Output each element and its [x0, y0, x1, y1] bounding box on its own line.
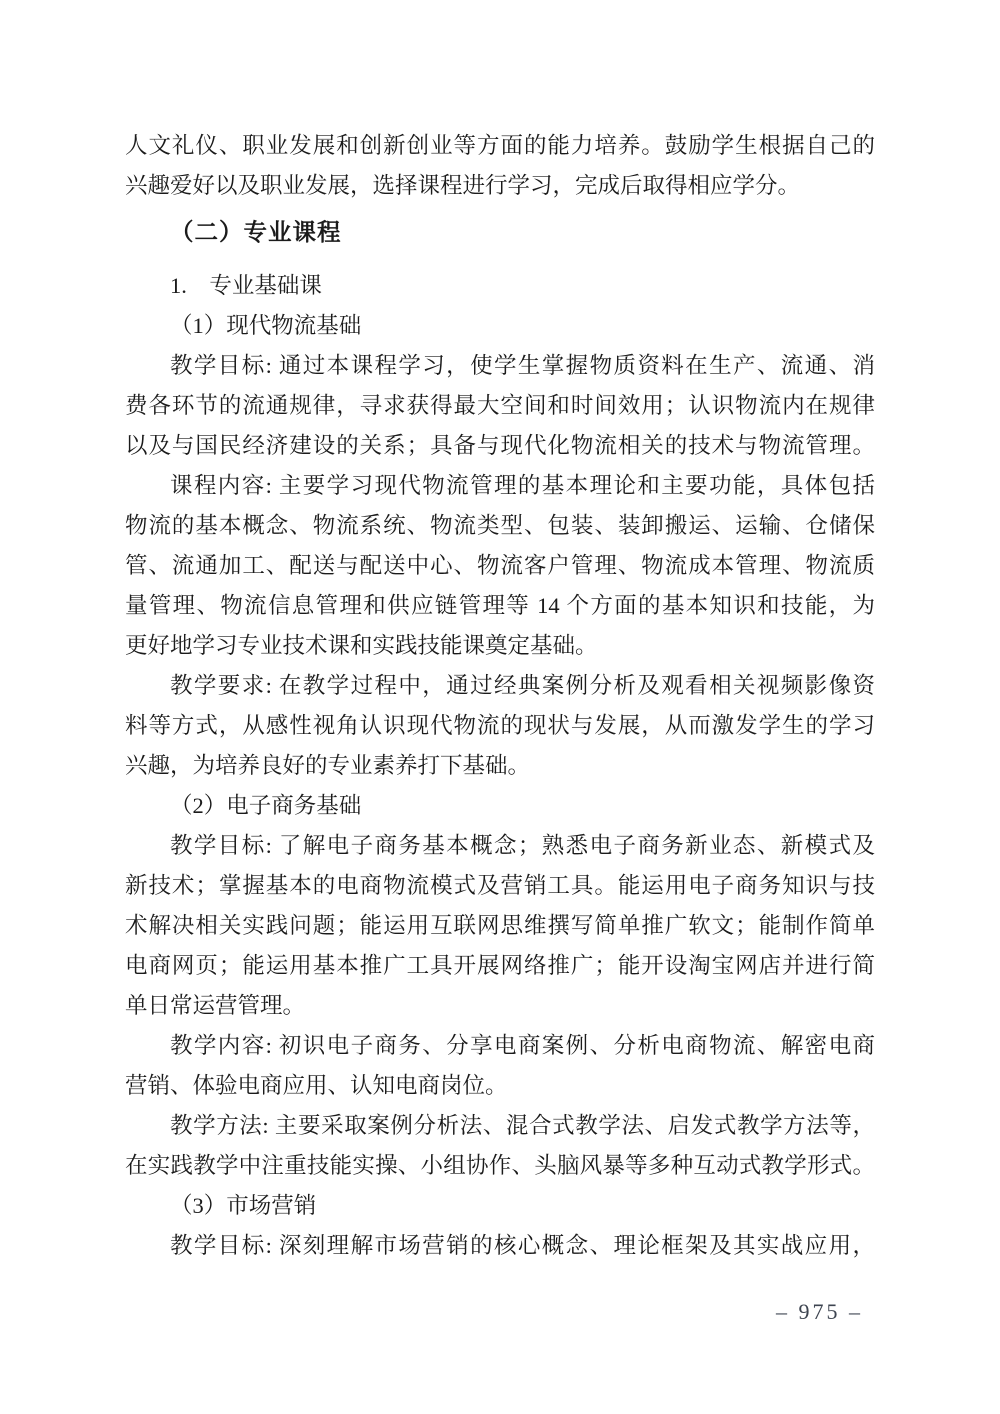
text-line: 1. 专业基础课 [125, 266, 875, 306]
text-line: 人文礼仪、职业发展和创新创业等方面的能力培养。鼓励学生根据自己的 [125, 126, 875, 166]
text-line: 术解决相关实践问题；能运用互联网思维撰写简单推广软文；能制作简单 [125, 906, 875, 946]
text-line: 教学方法: 主要采取案例分析法、混合式教学法、启发式教学方法等， [125, 1106, 875, 1146]
page-body: 人文礼仪、职业发展和创新创业等方面的能力培养。鼓励学生根据自己的兴趣爱好以及职业… [125, 126, 875, 1266]
section-heading: （二）专业课程 [125, 212, 875, 252]
text-line: （3）市场营销 [125, 1186, 875, 1226]
text-line: 费各环节的流通规律，寻求获得最大空间和时间效用；认识物流内在规律 [125, 386, 875, 426]
text-line: 单日常运营管理。 [125, 986, 875, 1026]
text-line: 兴趣，为培养良好的专业素养打下基础。 [125, 746, 875, 786]
text-line: （1）现代物流基础 [125, 306, 875, 346]
text-line: 教学目标: 了解电子商务基本概念；熟悉电子商务新业态、新模式及 [125, 826, 875, 866]
document-page: 人文礼仪、职业发展和创新创业等方面的能力培养。鼓励学生根据自己的兴趣爱好以及职业… [0, 0, 1000, 1414]
text-line: 电商网页；能运用基本推广工具开展网络推广；能开设淘宝网店并进行简 [125, 946, 875, 986]
text-line: 教学要求: 在教学过程中，通过经典案例分析及观看相关视频影像资 [125, 666, 875, 706]
text-line: 料等方式，从感性视角认识现代物流的现状与发展，从而激发学生的学习 [125, 706, 875, 746]
text-line: 以及与国民经济建设的关系；具备与现代化物流相关的技术与物流管理。 [125, 426, 875, 466]
text-line: 物流的基本概念、物流系统、物流类型、包装、装卸搬运、运输、仓储保 [125, 506, 875, 546]
text-line: 教学目标: 通过本课程学习，使学生掌握物质资料在生产、流通、消 [125, 346, 875, 386]
text-line: 营销、体验电商应用、认知电商岗位。 [125, 1066, 875, 1106]
text-line: 兴趣爱好以及职业发展，选择课程进行学习，完成后取得相应学分。 [125, 166, 875, 206]
text-line: （2）电子商务基础 [125, 786, 875, 826]
text-line: 量管理、物流信息管理和供应链管理等 14 个方面的基本知识和技能，为 [125, 586, 875, 626]
text-line: 教学目标: 深刻理解市场营销的核心概念、理论框架及其实战应用， [125, 1226, 875, 1266]
text-line: 管、流通加工、配送与配送中心、物流客户管理、物流成本管理、物流质 [125, 546, 875, 586]
text-line: 课程内容: 主要学习现代物流管理的基本理论和主要功能，具体包括 [125, 466, 875, 506]
page-number: – 975 – [776, 1297, 863, 1327]
text-line: 新技术；掌握基本的电商物流模式及营销工具。能运用电子商务知识与技 [125, 866, 875, 906]
text-line: 教学内容: 初识电子商务、分享电商案例、分析电商物流、解密电商 [125, 1026, 875, 1066]
text-line: 更好地学习专业技术课和实践技能课奠定基础。 [125, 626, 875, 666]
text-line: 在实践教学中注重技能实操、小组协作、头脑风暴等多种互动式教学形式。 [125, 1146, 875, 1186]
